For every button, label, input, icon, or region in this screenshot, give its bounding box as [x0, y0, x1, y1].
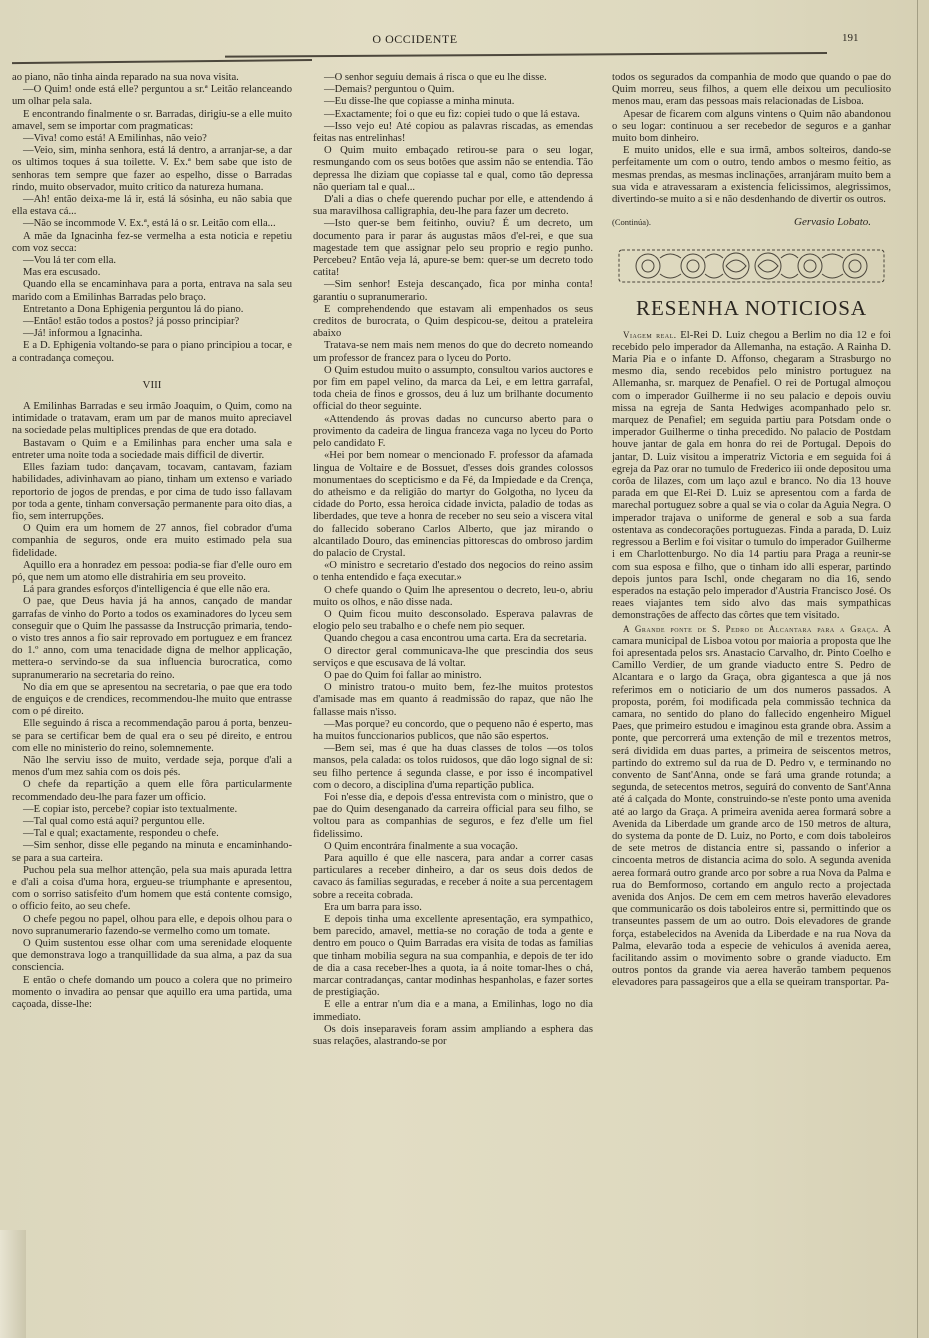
paragraph: E então o chefe domando um pouco a coler…: [12, 975, 292, 1012]
floral-ornament-icon: [618, 246, 885, 286]
news-item-lead: Viagem real.: [623, 330, 676, 340]
news-item-body: El-Rei D. Luiz chegou a Berlim no dia 12…: [612, 330, 891, 622]
paragraph: Quando ella se encaminhava para a porta,…: [12, 279, 292, 303]
running-title: O OCCIDENTE: [215, 32, 615, 47]
column-2-text: —O senhor seguiu demais á risca o que eu…: [313, 72, 593, 1048]
paragraph: E depois tinha uma excellente apresentaç…: [313, 914, 593, 999]
section-heading: RESENHA NOTICIOSA: [612, 302, 891, 314]
paragraph: Apesar de ficarem com alguns vintens o Q…: [612, 109, 891, 146]
author-signature: Gervasio Lobato.: [794, 216, 891, 228]
paragraph: —O Quim! onde está elle? perguntou a sr.…: [12, 84, 292, 108]
paragraph: Quando chegou a casa encontrou uma carta…: [313, 633, 593, 645]
paragraph: Bastavam o Quim e a Emilinhas para enche…: [12, 438, 292, 462]
continuation-note: (Continúa).: [612, 216, 651, 228]
paragraph: Aquillo era a honradez em pessoa: podia-…: [12, 560, 292, 584]
paragraph: O chefe quando o Quim lhe apresentou o d…: [313, 585, 593, 609]
paragraph: Foi n'esse dia, e depois d'essa entrevis…: [313, 792, 593, 841]
paragraph: Mas era escusado.: [12, 267, 292, 279]
paragraph: —E copiar isto, percebe? copiar isto tex…: [12, 804, 292, 816]
paragraph: E elle a entrar n'um dia e a mana, a Emi…: [313, 999, 593, 1023]
page-number: 191: [842, 32, 859, 44]
paragraph: E comprehendendo que estavam ali empenha…: [313, 304, 593, 341]
paragraph: O director geral communicava-lhe que pre…: [313, 646, 593, 670]
column-3: todos os segurados da companhia de modo …: [612, 72, 891, 990]
paragraph: —Demais? perguntou o Quim.: [313, 84, 593, 96]
paragraph: —Bem sei, mas é que ha duas classes de t…: [313, 743, 593, 792]
paragraph: —Não se incommode V. Ex.ª, está lá o sr.…: [12, 218, 292, 230]
paragraph: ao piano, não tinha ainda reparado na su…: [12, 72, 292, 84]
paragraph: O pae, que Deus havia já ha annos, cança…: [12, 596, 292, 681]
paragraph: A mãe da Ignacinha fez-se vermelha a est…: [12, 231, 292, 255]
news-item-body: A camara municipal de Lisboa votou por m…: [612, 624, 891, 989]
paragraph: —Sim senhor! Esteja descançado, fica por…: [313, 279, 593, 303]
paragraph: «Hei por bem nomear o mencionado F. prof…: [313, 450, 593, 560]
paragraph: —Veio, sim, minha senhora, está lá dentr…: [12, 145, 292, 194]
paragraph: O ministro tratou-o muito bem, fez-lhe m…: [313, 682, 593, 719]
paragraph: O Quim muito embaçado retirou-se para o …: [313, 145, 593, 194]
paragraph: —Eu disse-lhe que copiasse a minha minut…: [313, 96, 593, 108]
paragraph: Puchou pela sua melhor attenção, pela su…: [12, 865, 292, 914]
paragraph: todos os segurados da companhia de modo …: [612, 72, 891, 109]
chapter-number: VIII: [12, 379, 292, 391]
paragraph: O pae do Quim foi fallar ao ministro.: [313, 670, 593, 682]
column-1-text-before: ao piano, não tinha ainda reparado na su…: [12, 72, 292, 365]
paragraph: E encontrando finalmente o sr. Barradas,…: [12, 109, 292, 133]
paragraph: No dia em que se apresentou na secretari…: [12, 682, 292, 719]
page-fold-shadow: [0, 1230, 26, 1338]
paragraph: —Vou lá ter com ella.: [12, 255, 292, 267]
paragraph: —Sim senhor, disse elle pegando na minut…: [12, 840, 292, 864]
paragraph: —Tal qual como está aqui? perguntou elle…: [12, 816, 292, 828]
column-1-text-after: A Emilinhas Barradas e seu irmão Joaquim…: [12, 401, 292, 1011]
paragraph: O chefe da repartição a quem elle fôra p…: [12, 779, 292, 803]
page-header: O OCCIDENTE 191: [0, 30, 929, 50]
story-signoff: (Continúa). Gervasio Lobato.: [612, 216, 891, 228]
paragraph: —Tal e qual; exactamente, respondeu o ch…: [12, 828, 292, 840]
paragraph: Lá para grandes esforços d'intelligencia…: [12, 584, 292, 596]
page-binding-edge: [917, 0, 929, 1338]
paragraph: —O senhor seguiu demais á risca o que eu…: [313, 72, 593, 84]
paragraph: O Quim sustentou esse olhar com uma sere…: [12, 938, 292, 975]
ornament-scroll-icon: [618, 246, 885, 286]
paragraph: Para aquillo é que elle nascera, para an…: [313, 853, 593, 902]
paragraph: «Attendendo ás provas dadas no cuncurso …: [313, 414, 593, 451]
paragraph: Tratava-se nem mais nem menos do que do …: [313, 340, 593, 364]
paragraph: Não lhe serviu isso de muito, verdade se…: [12, 755, 292, 779]
paragraph: Entretanto a Dona Ephigenia perguntou lá…: [12, 304, 292, 316]
column-2: —O senhor seguiu demais á risca o que eu…: [313, 72, 593, 1048]
column-3-text: todos os segurados da companhia de modo …: [612, 72, 891, 206]
paragraph: —Isso vejo eu! Até copiou as palavras ri…: [313, 121, 593, 145]
paragraph: Os dois inseparaveis foram assim amplian…: [313, 1024, 593, 1048]
paragraph: E muito unidos, elle e sua irmã, ambos s…: [612, 145, 891, 206]
paragraph: —Ah! então deixa-me lá ir, está lá sósin…: [12, 194, 292, 218]
paragraph: A Emilinhas Barradas e seu irmão Joaquim…: [12, 401, 292, 438]
paragraph: O Quim encontrára finalmente a sua vocaç…: [313, 841, 593, 853]
paragraph: E a D. Ephigenia voltando-se para o pian…: [12, 340, 292, 364]
paragraph: Elle seguindo á risca a recommendação pa…: [12, 718, 292, 755]
paragraph: —Viva! como está! A Emilinhas, não veio?: [12, 133, 292, 145]
paragraph: O Quim ficou muito desconsolado. Esperav…: [313, 609, 593, 633]
news-item: Viagem real. El-Rei D. Luiz chegou a Ber…: [612, 329, 891, 623]
paragraph: O Quim era um homem de 27 annos, fiel co…: [12, 523, 292, 560]
column-1: ao piano, não tinha ainda reparado na su…: [12, 72, 292, 1011]
paragraph: —Então! estão todos a postos? já posso p…: [12, 316, 292, 328]
paragraph: D'ali a dias o chefe querendo puchar por…: [313, 194, 593, 218]
paragraph: Era um barra para isso.: [313, 902, 593, 914]
paragraph: —Já! informou a Ignacinha.: [12, 328, 292, 340]
paragraph: —Mas porque? eu concordo, que o pequeno …: [313, 719, 593, 743]
paragraph: —Exactamente; foi o que eu fiz: copiei t…: [313, 109, 593, 121]
paragraph: —Isto quer-se bem feitinho, ouviu? É um …: [313, 218, 593, 279]
paragraph: O Quim estudou muito o assumpto, consult…: [313, 365, 593, 414]
news-item-lead: A Grande ponte de S. Pedro de Alcantara …: [623, 624, 879, 634]
paragraph: Elles faziam tudo: dançavam, tocavam, ca…: [12, 462, 292, 523]
paragraph: O chefe pegou no papel, olhou para elle,…: [12, 914, 292, 938]
news-item: A Grande ponte de S. Pedro de Alcantara …: [612, 623, 891, 990]
news-items: Viagem real. El-Rei D. Luiz chegou a Ber…: [612, 329, 891, 990]
paragraph: «O ministro e secretario d'estado dos ne…: [313, 560, 593, 584]
